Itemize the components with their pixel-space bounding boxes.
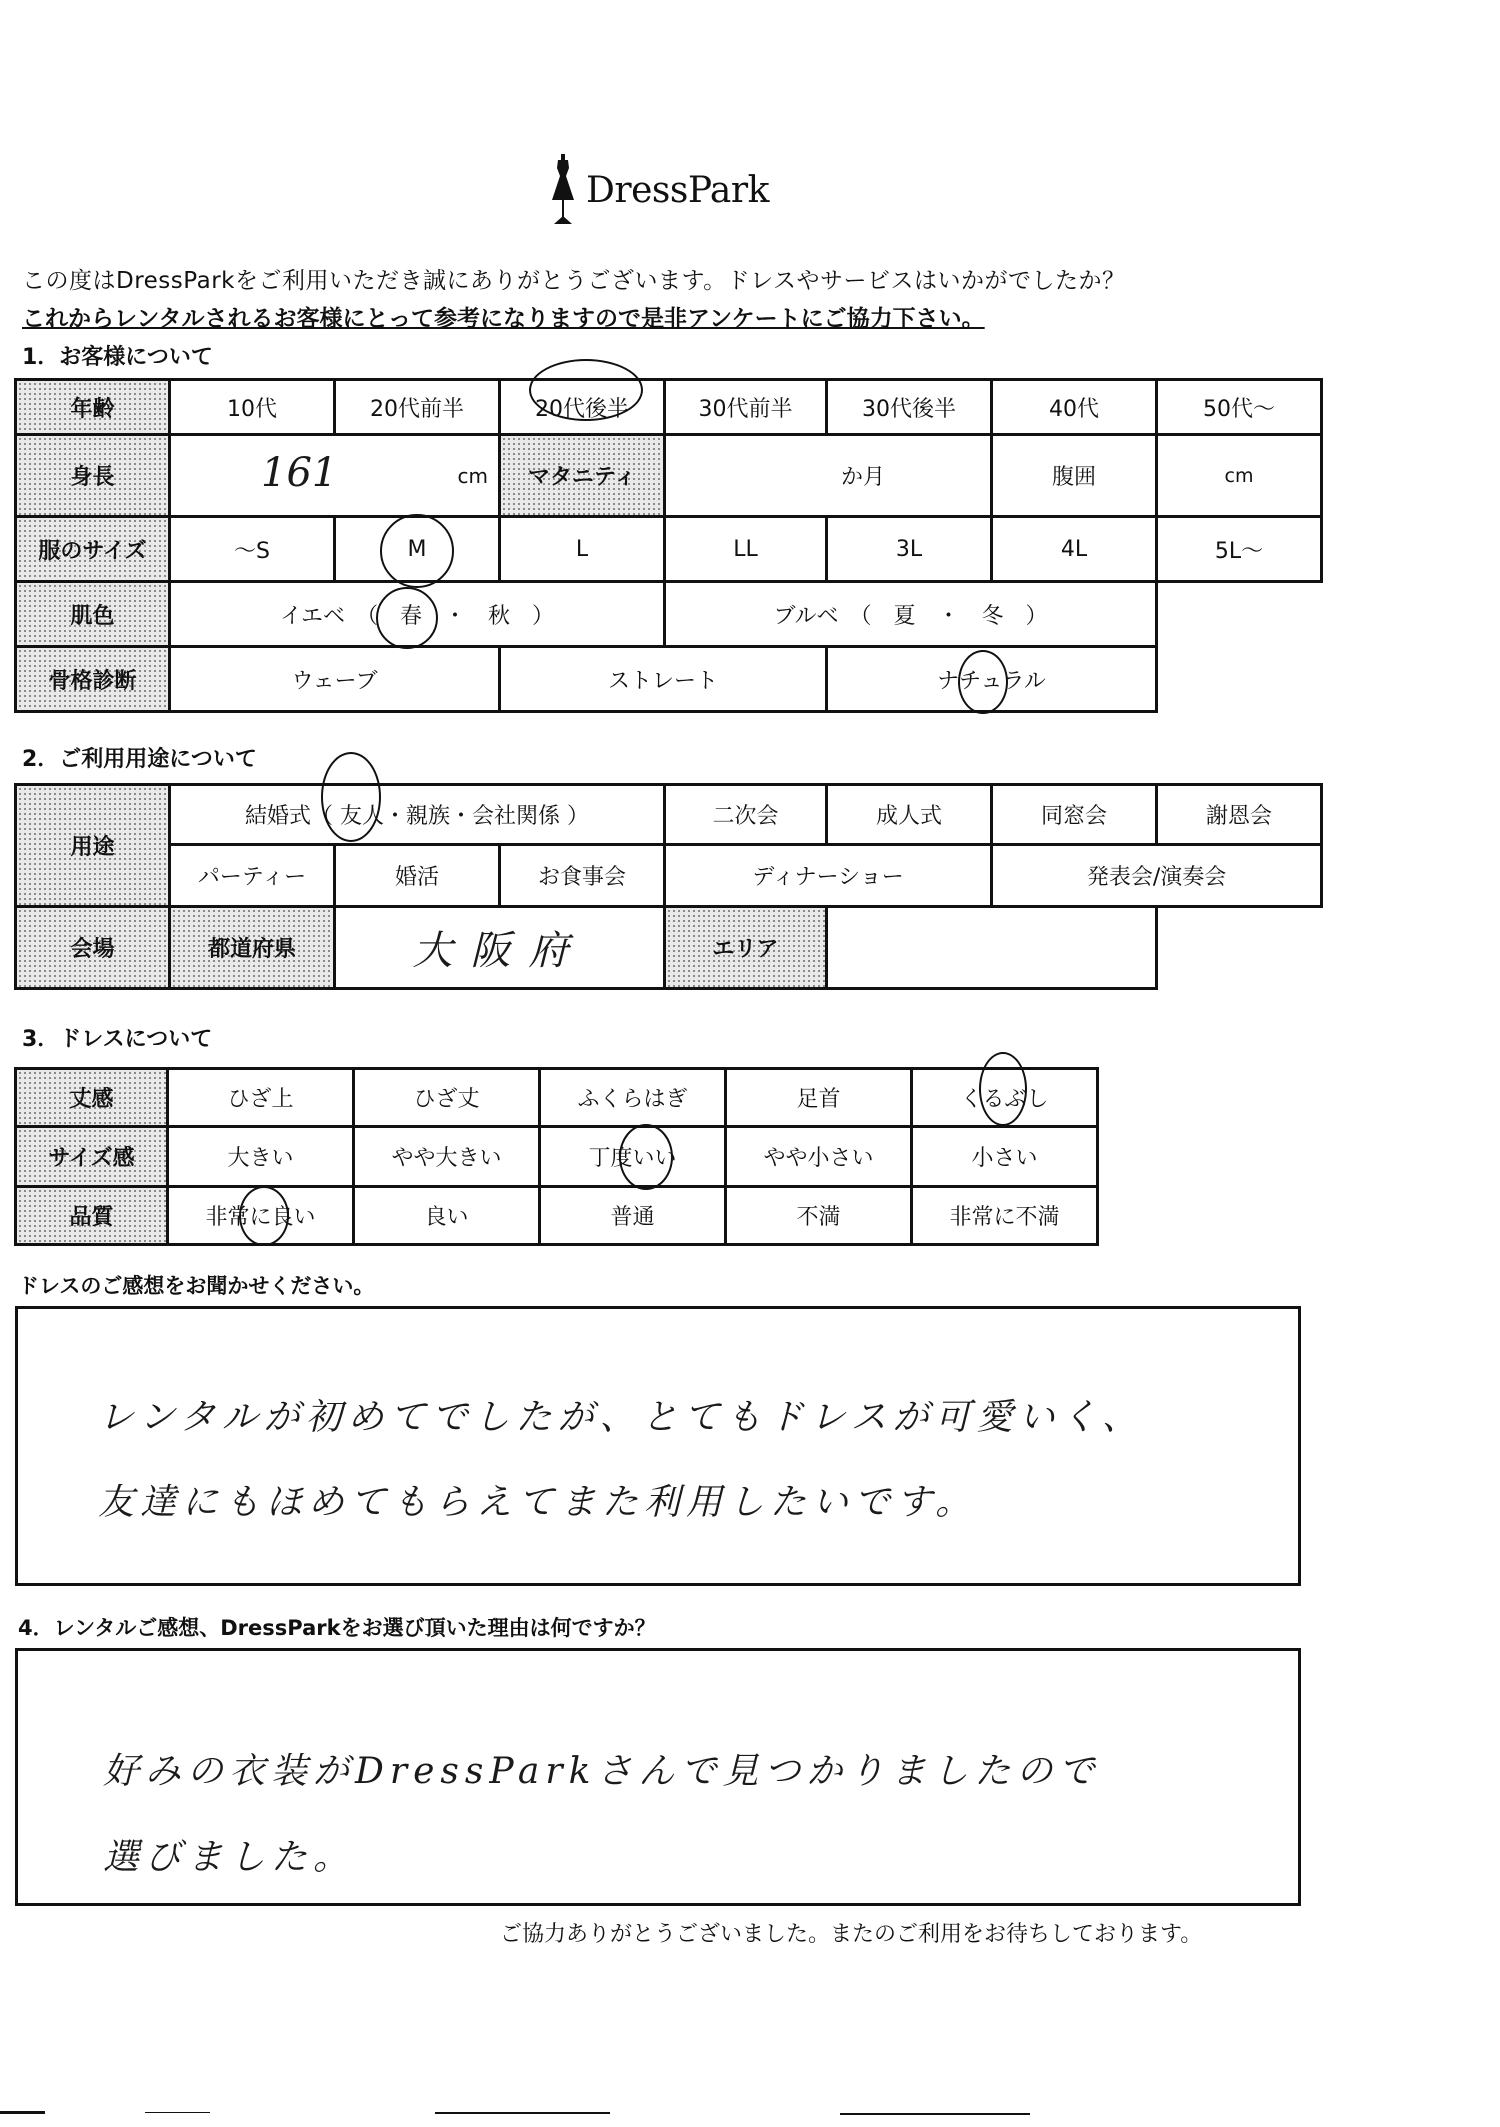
size-feel-small[interactable]: 小さい — [912, 1127, 1098, 1187]
size-feel-large[interactable]: 大きい — [168, 1127, 354, 1187]
purpose-label: 用途 — [16, 785, 170, 907]
section4-heading: 4．レンタルご感想、DressParkをお選び頂いた理由は何ですか？ — [18, 1612, 656, 1642]
length-above-knee[interactable]: ひざ上 — [168, 1069, 354, 1127]
dress-form-icon — [548, 154, 578, 226]
skin-yellow-base[interactable]: イエベ （ 春 ・ 秋 ） — [170, 582, 665, 647]
skin-label: 肌色 — [16, 582, 170, 647]
length-ankle[interactable]: 足首 — [726, 1069, 912, 1127]
brand-name: DressPark — [586, 170, 769, 211]
size-feel-label: サイズ感 — [16, 1127, 168, 1187]
venue-label: 会場 — [16, 907, 170, 989]
length-anklebone[interactable]: くるぶし — [912, 1069, 1098, 1127]
age-option-40s[interactable]: 40代 — [992, 380, 1157, 435]
bone-row: 骨格診断 ウェーブ ストレート ナチュラル — [16, 647, 1322, 712]
prefecture-label: 都道府県 — [170, 907, 335, 989]
age-option-50s-plus[interactable]: 50代～ — [1157, 380, 1322, 435]
size-option-l[interactable]: L — [500, 517, 665, 582]
customer-table: 年齢 10代 20代前半 20代後半 30代前半 30代後半 40代 50代～ … — [14, 378, 1323, 713]
height-label: 身長 — [16, 435, 170, 517]
area-label: エリア — [665, 907, 827, 989]
comments-line2: 友達にもほめてもらえてまた利用したいです。 — [98, 1474, 977, 1525]
thanks-message: ご協力ありがとうございました。またのご利用をお待ちしております。 — [500, 1917, 1202, 1948]
age-row: 年齢 10代 20代前半 20代後半 30代前半 30代後半 40代 50代～ — [16, 380, 1322, 435]
size-option-m[interactable]: M — [335, 517, 500, 582]
waist-label: 腹囲 — [992, 435, 1157, 517]
skin-blue-base[interactable]: ブルベ （ 夏 ・ 冬 ） — [665, 582, 1157, 647]
usage-table: 用途 結婚式（ 友人・親族・会社関係 ） 二次会 成人式 同窓会 謝恩会 パーテ… — [14, 783, 1323, 990]
length-calf[interactable]: ふくらはぎ — [540, 1069, 726, 1127]
length-label: 丈感 — [16, 1069, 168, 1127]
reason-line2: 選びました。 — [103, 1829, 355, 1880]
reason-textarea[interactable]: 好みの衣装がDressParkさんで見つかりましたので 選びました。 — [15, 1648, 1301, 1906]
size-feel-slightly-large[interactable]: やや大きい — [354, 1127, 540, 1187]
purpose-dinner-show[interactable]: ディナーショー — [665, 845, 992, 907]
area-field[interactable] — [827, 907, 1157, 989]
quality-poor[interactable]: 不満 — [726, 1187, 912, 1245]
scan-artifact — [145, 2112, 210, 2113]
age-option-10s[interactable]: 10代 — [170, 380, 335, 435]
size-option-5l[interactable]: 5L～ — [1157, 517, 1322, 582]
size-option-4l[interactable]: 4L — [992, 517, 1157, 582]
section2-heading: 2．ご利用用途について — [22, 742, 257, 773]
quality-very-poor[interactable]: 非常に不満 — [912, 1187, 1098, 1245]
age-option-late-20s[interactable]: 20代後半 — [500, 380, 665, 435]
size-feel-just-right[interactable]: 丁度いい — [540, 1127, 726, 1187]
purpose-party[interactable]: パーティー — [170, 845, 335, 907]
prefecture-field[interactable]: 大阪府 — [335, 907, 665, 989]
scan-artifact — [840, 2113, 1030, 2115]
comments-textarea[interactable]: レンタルが初めてでしたが、とてもドレスが可愛いく、 友達にもほめてもらえてまた利… — [15, 1306, 1301, 1586]
purpose-after-party[interactable]: 二次会 — [665, 785, 827, 845]
age-option-early-20s[interactable]: 20代前半 — [335, 380, 500, 435]
intro-text: この度はDressParkをご利用いただき誠にありがとうございます。ドレスやサー… — [22, 262, 1125, 295]
age-option-late-30s[interactable]: 30代後半 — [827, 380, 992, 435]
purpose-konkatsu[interactable]: 婚活 — [335, 845, 500, 907]
size-option-s[interactable]: ～S — [170, 517, 335, 582]
height-unit: cm — [458, 464, 488, 488]
purpose-reunion[interactable]: 同窓会 — [992, 785, 1157, 845]
bone-option-straight[interactable]: ストレート — [500, 647, 827, 712]
purpose-thanks-party[interactable]: 謝恩会 — [1157, 785, 1322, 845]
length-knee[interactable]: ひざ丈 — [354, 1069, 540, 1127]
intro-request: これからレンタルされるお客様にとって参考になりますので是非アンケートにご協力下さ… — [22, 300, 985, 333]
size-label: 服のサイズ — [16, 517, 170, 582]
maternity-months-field[interactable]: か月 — [665, 435, 992, 517]
scan-artifact — [435, 2112, 610, 2114]
reason-line1: 好みの衣装がDressParkさんで見つかりましたので — [103, 1743, 1100, 1794]
quality-very-good[interactable]: 非常に良い — [168, 1187, 354, 1245]
bone-option-wave[interactable]: ウェーブ — [170, 647, 500, 712]
quality-label: 品質 — [16, 1187, 168, 1245]
skin-row: 肌色 イエベ （ 春 ・ 秋 ） ブルベ （ 夏 ・ 冬 ） — [16, 582, 1322, 647]
purpose-coming-of-age[interactable]: 成人式 — [827, 785, 992, 845]
age-label: 年齢 — [16, 380, 170, 435]
age-option-early-30s[interactable]: 30代前半 — [665, 380, 827, 435]
height-field[interactable]: 161 cm — [170, 435, 500, 517]
maternity-label: マタニティ — [500, 435, 665, 517]
waist-field[interactable]: cm — [1157, 435, 1322, 517]
bone-label: 骨格診断 — [16, 647, 170, 712]
comments-line1: レンタルが初めてでしたが、とてもドレスが可愛いく、 — [98, 1389, 1144, 1440]
scan-artifact — [0, 2111, 45, 2114]
quality-average[interactable]: 普通 — [540, 1187, 726, 1245]
bone-option-natural[interactable]: ナチュラル — [827, 647, 1157, 712]
size-option-ll[interactable]: LL — [665, 517, 827, 582]
section3-heading: 3．ドレスについて — [22, 1022, 212, 1053]
size-option-3l[interactable]: 3L — [827, 517, 992, 582]
purpose-recital[interactable]: 発表会/演奏会 — [992, 845, 1322, 907]
height-row: 身長 161 cm マタニティ か月 腹囲 cm — [16, 435, 1322, 517]
size-row: 服のサイズ ～S M L LL 3L 4L 5L～ — [16, 517, 1322, 582]
comments-label: ドレスのご感想をお聞かせください。 — [18, 1270, 374, 1300]
purpose-dinner[interactable]: お食事会 — [500, 845, 665, 907]
brand-logo: DressPark — [548, 150, 788, 230]
dress-table: 丈感 ひざ上 ひざ丈 ふくらはぎ 足首 くるぶし サイズ感 大きい やや大きい … — [14, 1067, 1099, 1246]
purpose-wedding[interactable]: 結婚式（ 友人・親族・会社関係 ） — [170, 785, 665, 845]
quality-good[interactable]: 良い — [354, 1187, 540, 1245]
section1-heading: 1．お客様について — [22, 340, 213, 371]
size-feel-slightly-small[interactable]: やや小さい — [726, 1127, 912, 1187]
height-value: 161 — [261, 450, 337, 496]
